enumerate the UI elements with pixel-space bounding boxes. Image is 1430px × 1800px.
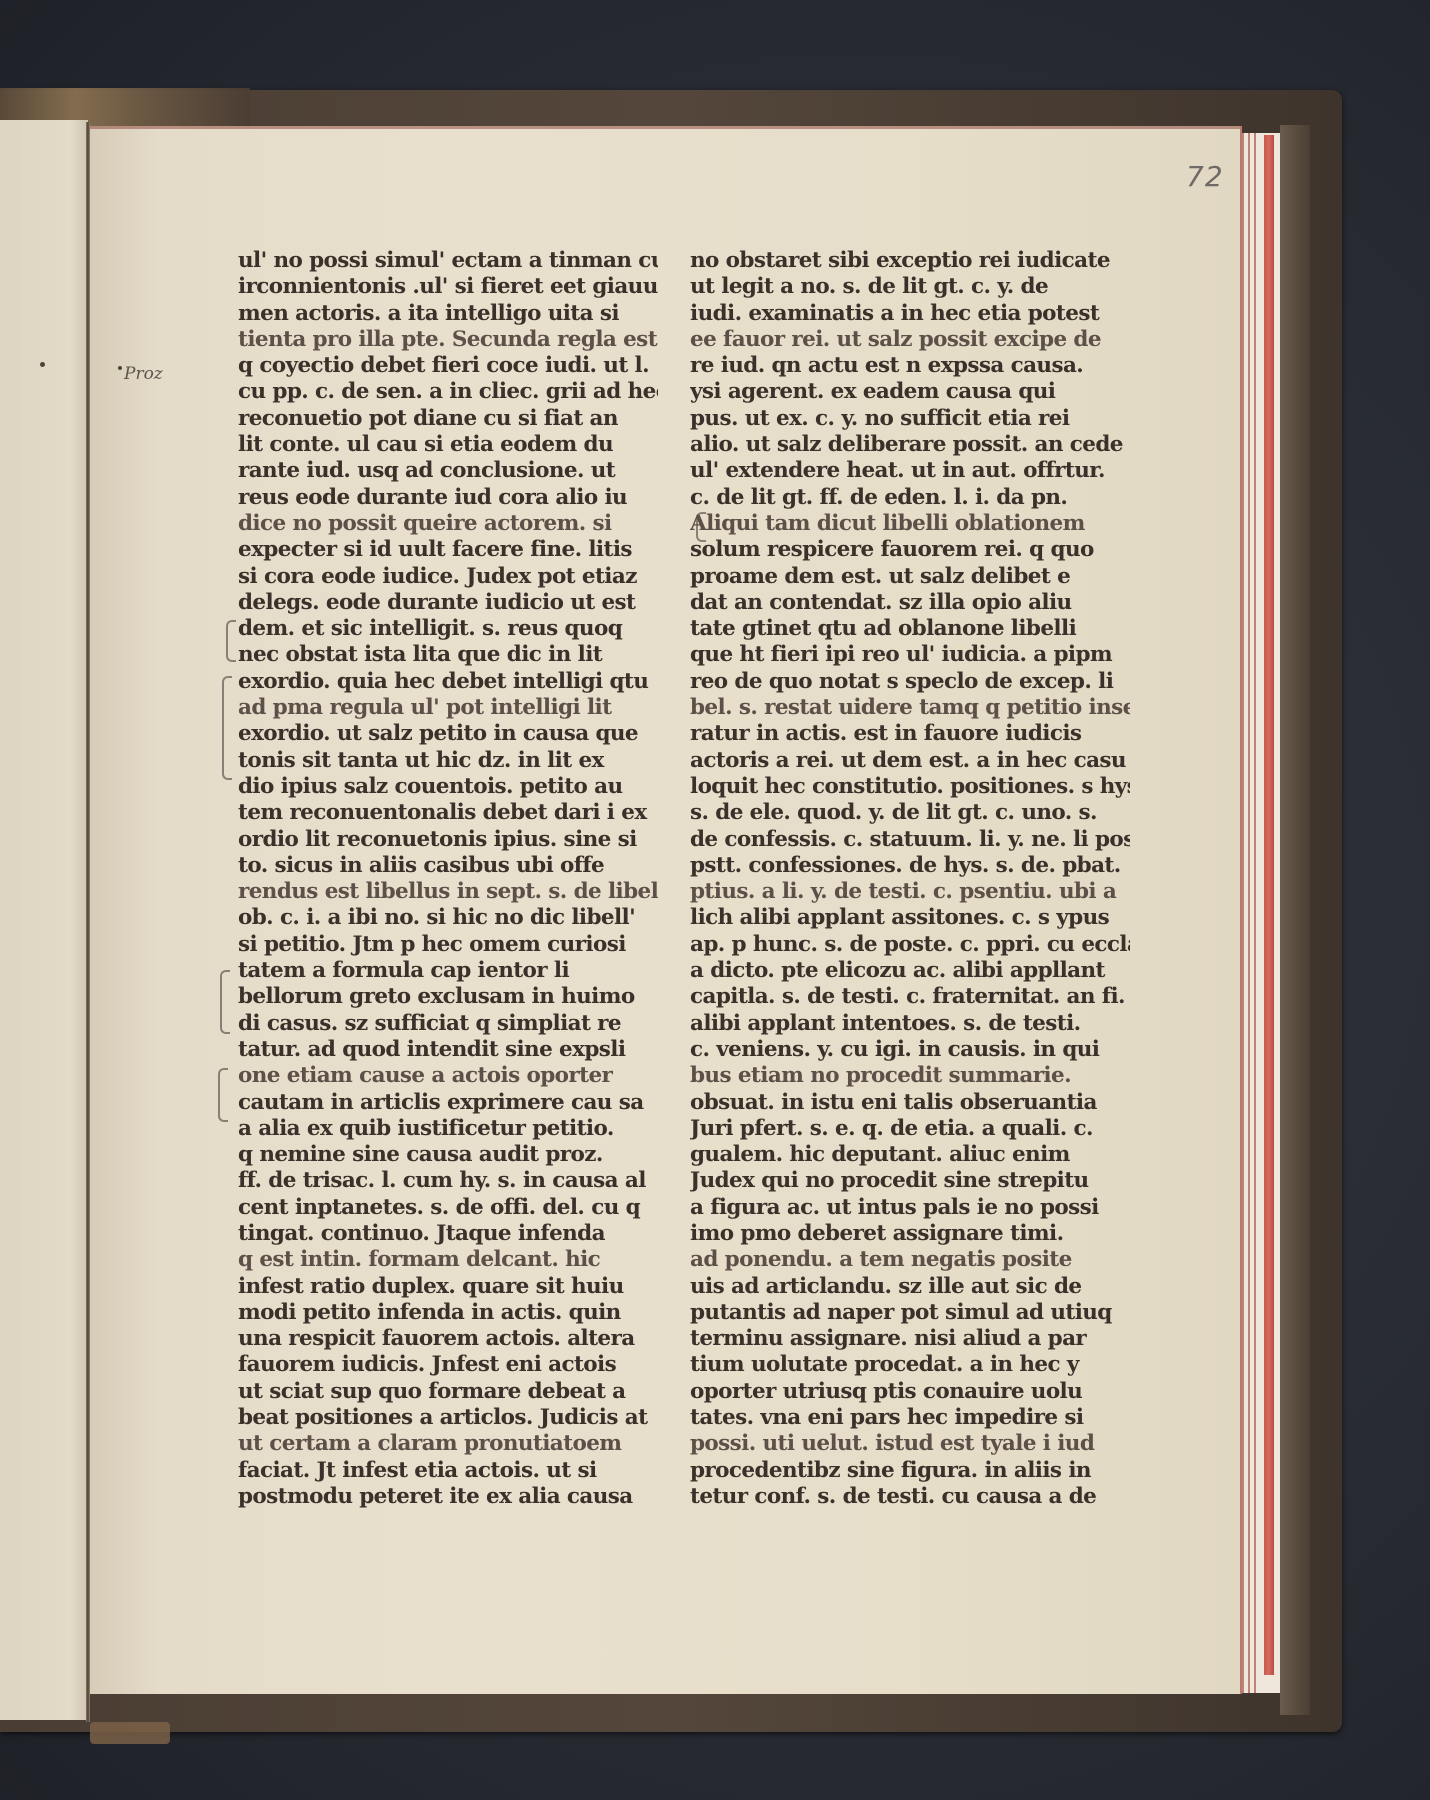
text-line: ut sciat sup quo formare debeat a: [238, 1379, 658, 1405]
margin-point-mark: [118, 366, 122, 370]
text-line: nec obstat ista lita que dic in lit: [238, 642, 658, 668]
text-line: reconuetio pot diane cu si fiat an: [238, 406, 658, 432]
text-line: ap. p hunc. s. de poste. c. ppri. cu ecc…: [690, 932, 1130, 958]
text-line: dice no possit queire actorem. si: [238, 511, 658, 537]
text-line: que ht fieri ipi reo ul' iudicia. a pipm: [690, 642, 1130, 668]
text-line: q est intin. formam delcant. hic: [238, 1247, 658, 1273]
text-line: pstt. confessiones. de hys. s. de. pbat.: [690, 853, 1130, 879]
text-line: loquit hec constitutio. positiones. s hy…: [690, 774, 1130, 800]
text-line: tates. vna eni pars hec impedire si: [690, 1405, 1130, 1431]
text-line: solum respicere fauorem rei. q quo: [690, 537, 1130, 563]
text-line: di casus. sz sufficiat q simpliat re: [238, 1011, 658, 1037]
text-line: ul' no possi simul' ectam a tinman cu ci: [238, 248, 658, 274]
page-edge-line: [1248, 133, 1250, 1693]
text-line: capitla. s. de testi. c. fraternitat. an…: [690, 984, 1130, 1010]
worn-spine-bottom: [90, 1722, 170, 1744]
text-line: terminu assignare. nisi aliud a par: [690, 1326, 1130, 1352]
text-line: ordio lit reconuetonis ipius. sine si: [238, 827, 658, 853]
text-line: bus etiam no procedit summarie.: [690, 1063, 1130, 1089]
marginal-bracket: [220, 970, 230, 1034]
text-line: reo de quo notat s speclo de excep. li: [690, 669, 1130, 695]
text-line: tate gtinet qtu ad oblanone libelli: [690, 616, 1130, 642]
text-line: si petitio. Jtm p hec omem curiosi: [238, 932, 658, 958]
text-line: modi petito infenda in actis. quin: [238, 1300, 658, 1326]
text-column-right: no obstaret sibi exceptio rei iudicateut…: [690, 248, 1130, 1510]
text-line: a dicto. pte elicozu ac. alibi appllant: [690, 958, 1130, 984]
text-line: obsuat. in istu eni talis obseruantia: [690, 1090, 1130, 1116]
text-line: ratur in actis. est in fauore iudicis: [690, 721, 1130, 747]
text-line: alio. ut salz deliberare possit. an cede: [690, 432, 1130, 458]
text-line: rante iud. usq ad conclusione. ut: [238, 458, 658, 484]
text-line: tium uolutate procedat. a in hec y: [690, 1352, 1130, 1378]
text-line: imo pmo deberet assignare timi.: [690, 1221, 1130, 1247]
text-line: Judex qui no procedit sine strepitu: [690, 1168, 1130, 1194]
text-line: fauorem iudicis. Jnfest eni actois: [238, 1352, 658, 1378]
text-line: Juri pfert. s. e. q. de etia. a quali. c…: [690, 1116, 1130, 1142]
text-line: bel. s. restat uidere tamq q petitio ins…: [690, 695, 1130, 721]
text-line: a figura ac. ut intus pals ie no possi: [690, 1195, 1130, 1221]
verso-page-partial: [0, 120, 88, 1720]
text-line: re iud. qn actu est n expssa causa.: [690, 353, 1130, 379]
cover-turn-in-right: [1280, 125, 1310, 1715]
text-line: tatur. ad quod intendit sine expsli: [238, 1037, 658, 1063]
text-line: men actoris. a ita intelligo uita si: [238, 301, 658, 327]
text-line: alibi applant intentoes. s. de testi.: [690, 1011, 1130, 1037]
text-line: iudi. examinatis a in hec etia potest: [690, 301, 1130, 327]
text-line: dat an contendat. sz illa opio aliu: [690, 590, 1130, 616]
text-line: exordio. quia hec debet intelligi qtu: [238, 669, 658, 695]
text-line: c. de lit gt. ff. de eden. l. i. da pn.: [690, 485, 1130, 511]
text-line: ff. de trisac. l. cum hy. s. in causa al: [238, 1168, 658, 1194]
text-line: infest ratio duplex. quare sit huiu: [238, 1274, 658, 1300]
text-line: dem. et sic intelligit. s. reus quoq: [238, 616, 658, 642]
text-line: rendus est libellus in sept. s. de libel: [238, 879, 658, 905]
text-line: ysi agerent. ex eadem causa qui: [690, 379, 1130, 405]
margin-note: Proz: [124, 364, 163, 384]
text-line: gualem. hic deputant. aliuc enim: [690, 1142, 1130, 1168]
text-line: cu pp. c. de sen. a in cliec. grii ad he…: [238, 379, 658, 405]
text-line: delegs. eode durante iudicio ut est: [238, 590, 658, 616]
text-line: tem reconuentonalis debet dari i ex: [238, 800, 658, 826]
text-line: cautam in articlis exprimere cau sa: [238, 1090, 658, 1116]
page-edge-line: [1254, 133, 1256, 1693]
text-line: proame dem est. ut salz delibet e: [690, 564, 1130, 590]
text-line: ut legit a no. s. de lit gt. c. y. de: [690, 274, 1130, 300]
text-line: tatem a formula cap ientor li: [238, 958, 658, 984]
text-line: tingat. continuo. Jtaque infenda: [238, 1221, 658, 1247]
page-edge-line: [1242, 133, 1244, 1693]
text-line: dio ipius salz couentois. petito au: [238, 774, 658, 800]
marginal-bracket: [222, 676, 232, 780]
text-line: actoris a rei. ut dem est. a in hec casu: [690, 748, 1130, 774]
text-line: uis ad articlandu. sz ille aut sic de: [690, 1274, 1130, 1300]
text-line: ul' extendere heat. ut in aut. offrtur.: [690, 458, 1130, 484]
text-line: tienta pro illa pte. Secunda regla est: [238, 327, 658, 353]
text-line: s. de ele. quod. y. de lit gt. c. uno. s…: [690, 800, 1130, 826]
text-line: q nemine sine causa audit proz.: [238, 1142, 658, 1168]
text-line: putantis ad naper pot simul ad utiuq: [690, 1300, 1130, 1326]
text-line: procedentibz sine figura. in aliis in: [690, 1458, 1130, 1484]
text-line: pus. ut ex. c. y. no sufficit etia rei: [690, 406, 1130, 432]
red-sprinkled-edge: [1264, 135, 1274, 1675]
marginal-bracket: [218, 1068, 228, 1122]
text-line: tonis sit tanta ut hic dz. in lit ex: [238, 748, 658, 774]
text-line: faciat. Jt infest etia actois. ut si: [238, 1458, 658, 1484]
text-line: possi. uti uelut. istud est tyale i iud: [690, 1431, 1130, 1457]
text-line: ad pma regula ul' pot intelligi lit: [238, 695, 658, 721]
text-line: si cora eode iudice. Judex pot etiaz: [238, 564, 658, 590]
marginal-bracket: [226, 620, 236, 662]
text-line: oporter utriusq ptis conauire uolu: [690, 1379, 1130, 1405]
text-line: ptius. a li. y. de testi. c. psentiu. ub…: [690, 879, 1130, 905]
text-column-left: ul' no possi simul' ectam a tinman cu ci…: [238, 248, 658, 1510]
text-line: reus eode durante iud cora alio iu: [238, 485, 658, 511]
stain-dot: [40, 362, 45, 367]
text-line: Aliqui tam dicut libelli oblationem: [690, 511, 1130, 537]
text-line: lit conte. ul cau si etia eodem du: [238, 432, 658, 458]
text-line: bellorum greto exclusam in huimo: [238, 984, 658, 1010]
text-line: ut certam a claram pronutiatoem: [238, 1431, 658, 1457]
text-line: c. veniens. y. cu igi. in causis. in qui: [690, 1037, 1130, 1063]
text-line: ee fauor rei. ut salz possit excipe de: [690, 327, 1130, 353]
folio-number: 72: [1186, 160, 1224, 193]
text-line: de confessis. c. statuum. li. y. ne. li …: [690, 827, 1130, 853]
text-line: ad ponendu. a tem negatis posite: [690, 1247, 1130, 1273]
text-line: ob. c. i. a ibi no. si hic no dic libell…: [238, 905, 658, 931]
text-line: exordio. ut salz petito in causa que: [238, 721, 658, 747]
text-line: expecter si id uult facere fine. litis: [238, 537, 658, 563]
text-line: beat positiones a articlos. Judicis at: [238, 1405, 658, 1431]
text-line: no obstaret sibi exceptio rei iudicate: [690, 248, 1130, 274]
text-line: a alia ex quib iustificetur petitio.: [238, 1116, 658, 1142]
page-top-edge: [90, 126, 1240, 129]
text-line: to. sicus in aliis casibus ubi offe: [238, 853, 658, 879]
text-line: q coyectio debet fieri coce iudi. ut l.: [238, 353, 658, 379]
text-line: una respicit fauorem actois. altera: [238, 1326, 658, 1352]
text-line: irconnientonis .ul' si fieret eet giauu: [238, 274, 658, 300]
text-line: tetur conf. s. de testi. cu causa a de: [690, 1484, 1130, 1510]
text-line: postmodu peteret ite ex alia causa: [238, 1484, 658, 1510]
text-line: cent inptanetes. s. de offi. del. cu q: [238, 1195, 658, 1221]
text-line: lich alibi applant assitones. c. s ypus: [690, 905, 1130, 931]
text-line: one etiam cause a actois oporter: [238, 1063, 658, 1089]
